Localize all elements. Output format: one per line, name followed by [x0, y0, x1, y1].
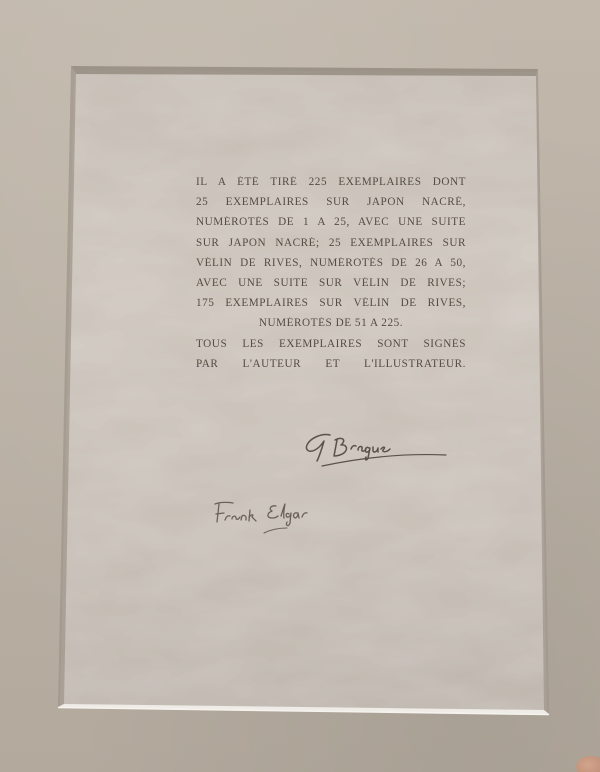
colophon-page: IL A ÉTÉ TIRÉ 225 EXEMPLAIRES DONT 25 EX…	[0, 0, 600, 772]
colophon-line: AVEC UNE SUITE SUR VÉLIN DE RIVES;	[196, 273, 466, 293]
colophon-line: 175 EXEMPLAIRES SUR VÉLIN DE RIVES,	[196, 293, 466, 313]
colophon-line: NUMÉROTÉS DE 51 A 225.	[196, 313, 466, 333]
justification-de-tirage: IL A ÉTÉ TIRÉ 225 EXEMPLAIRES DONT 25 EX…	[196, 172, 466, 374]
colophon-line: NUMÉROTÉS DE 1 A 25, AVEC UNE SUITE	[196, 212, 466, 232]
colophon-line: VÉLIN DE RIVES, NUMÉROTÉS DE 26 A 50,	[196, 253, 466, 273]
elgar-signature-mark	[210, 492, 350, 542]
colophon-line: TOUS LES EXEMPLAIRES SONT SIGNÉS	[196, 334, 466, 354]
signature-author: Frank Elgar	[210, 492, 350, 542]
colophon-line: IL A ÉTÉ TIRÉ 225 EXEMPLAIRES DONT	[196, 172, 466, 192]
colophon-line: PAR L'AUTEUR ET L'ILLUSTRATEUR.	[196, 354, 466, 374]
braque-signature-mark	[300, 428, 460, 468]
signature-illustrator: G Braque	[300, 428, 460, 468]
colophon-line: SUR JAPON NACRÉ; 25 EXEMPLAIRES SUR	[196, 233, 466, 253]
colophon-line: 25 EXEMPLAIRES SUR JAPON NACRÉ,	[196, 192, 466, 212]
photo-fingertip	[576, 756, 600, 772]
